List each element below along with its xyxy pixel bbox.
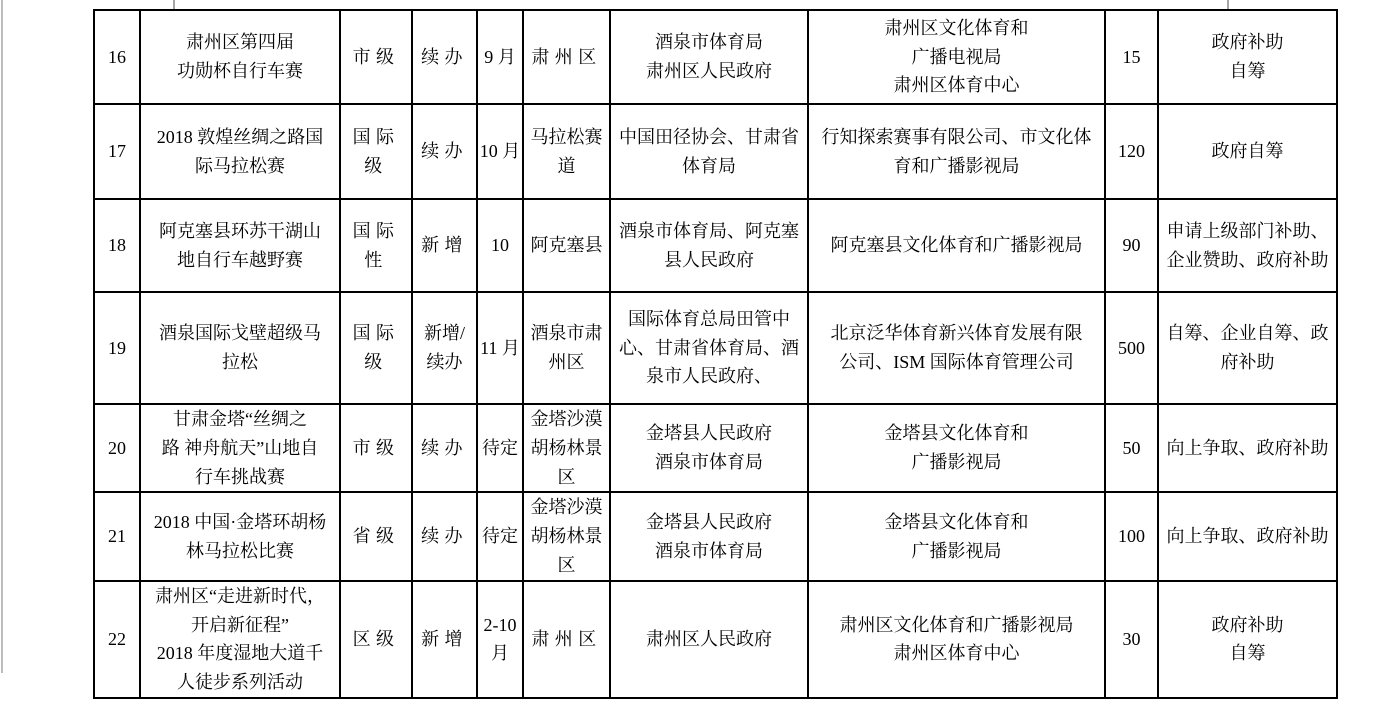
cell-venue: 肃州区 [523, 581, 610, 698]
cell-status: 新增 [412, 199, 477, 292]
table-row: 18 阿克塞县环苏干湖山 地自行车越野赛 国际性 新增 10 阿克塞县 酒泉市体… [94, 199, 1337, 292]
cell-month: 待定 [477, 492, 523, 580]
cell-undertaker-org: 肃州区文化体育和广播影视局 肃州区体育中心 [808, 581, 1105, 698]
table-row: 22 肃州区“走进新时代， 开启新征程” 2018 年度湿地大道千 人徒步系列活… [94, 581, 1337, 698]
cell-index: 19 [94, 292, 140, 404]
cell-host-org: 金塔县人民政府 酒泉市体育局 [610, 404, 808, 492]
cell-funding-source: 自筹、企业自筹、政 府补助 [1158, 292, 1337, 404]
cell-level: 市级 [340, 404, 412, 492]
cell-funding-source: 政府补助 自筹 [1158, 10, 1337, 104]
cell-undertaker-org: 阿克塞县文化体育和广播影视局 [808, 199, 1105, 292]
table-row: 19 酒泉国际戈壁超级马 拉松 国际级 新增/ 续办 11 月 酒泉市肃 州区 … [94, 292, 1337, 404]
table-row: 20 甘肃金塔“丝绸之 路 神舟航天”山地自 行车挑战赛 市级 续办 待定 金塔… [94, 404, 1337, 492]
page-edge-line [1, 0, 3, 673]
cell-status: 新增 [412, 581, 477, 698]
cell-status: 续办 [412, 104, 477, 199]
cell-event-name: 2018 中国·金塔环胡杨 林马拉松比赛 [140, 492, 340, 580]
cell-status: 续办 [412, 404, 477, 492]
table-row: 17 2018 敦煌丝绸之路国 际马拉松赛 国际级 续办 10 月 马拉松赛 道… [94, 104, 1337, 199]
cell-status: 新增/ 续办 [412, 292, 477, 404]
cell-funding-source: 政府自筹 [1158, 104, 1337, 199]
cell-budget: 15 [1105, 10, 1158, 104]
cell-event-name: 酒泉国际戈壁超级马 拉松 [140, 292, 340, 404]
cell-budget: 500 [1105, 292, 1158, 404]
events-table: 16 肃州区第四届 功勋杯自行车赛 市级 续办 9 月 肃州区 酒泉市体育局 肃… [93, 9, 1338, 699]
cell-budget: 30 [1105, 581, 1158, 698]
cell-host-org: 中国田径协会、甘肃省 体育局 [610, 104, 808, 199]
cell-undertaker-org: 金塔县文化体育和 广播影视局 [808, 404, 1105, 492]
cell-event-name: 肃州区第四届 功勋杯自行车赛 [140, 10, 340, 104]
cell-index: 22 [94, 581, 140, 698]
cell-index: 16 [94, 10, 140, 104]
cell-host-org: 酒泉市体育局、阿克塞 县人民政府 [610, 199, 808, 292]
cell-month: 9 月 [477, 10, 523, 104]
cell-event-name: 肃州区“走进新时代， 开启新征程” 2018 年度湿地大道千 人徒步系列活动 [140, 581, 340, 698]
grid-tick-left [173, 0, 175, 9]
cell-funding-source: 向上争取、政府补助 [1158, 404, 1337, 492]
cell-level: 省级 [340, 492, 412, 580]
cell-status: 续办 [412, 10, 477, 104]
cell-host-org: 酒泉市体育局 肃州区人民政府 [610, 10, 808, 104]
cell-funding-source: 向上争取、政府补助 [1158, 492, 1337, 580]
cell-level: 国际级 [340, 104, 412, 199]
cell-budget: 50 [1105, 404, 1158, 492]
cell-index: 17 [94, 104, 140, 199]
cell-index: 21 [94, 492, 140, 580]
cell-event-name: 阿克塞县环苏干湖山 地自行车越野赛 [140, 199, 340, 292]
cell-month: 11 月 [477, 292, 523, 404]
table-row: 16 肃州区第四届 功勋杯自行车赛 市级 续办 9 月 肃州区 酒泉市体育局 肃… [94, 10, 1337, 104]
cell-venue: 金塔沙漠 胡杨林景 区 [523, 492, 610, 580]
cell-budget: 120 [1105, 104, 1158, 199]
cell-undertaker-org: 行知探索赛事有限公司、市文化体 育和广播影视局 [808, 104, 1105, 199]
cell-index: 18 [94, 199, 140, 292]
cell-budget: 100 [1105, 492, 1158, 580]
cell-venue: 肃州区 [523, 10, 610, 104]
table-row: 21 2018 中国·金塔环胡杨 林马拉松比赛 省级 续办 待定 金塔沙漠 胡杨… [94, 492, 1337, 580]
cell-event-name: 甘肃金塔“丝绸之 路 神舟航天”山地自 行车挑战赛 [140, 404, 340, 492]
cell-host-org: 肃州区人民政府 [610, 581, 808, 698]
cell-venue: 酒泉市肃 州区 [523, 292, 610, 404]
cell-undertaker-org: 金塔县文化体育和 广播影视局 [808, 492, 1105, 580]
cell-level: 市级 [340, 10, 412, 104]
cell-month: 待定 [477, 404, 523, 492]
cell-month: 10 [477, 199, 523, 292]
cell-undertaker-org: 北京泛华体育新兴体育发展有限 公司、ISM 国际体育管理公司 [808, 292, 1105, 404]
cell-venue: 马拉松赛 道 [523, 104, 610, 199]
cell-venue: 阿克塞县 [523, 199, 610, 292]
cell-month: 2-10 月 [477, 581, 523, 698]
cell-level: 国际性 [340, 199, 412, 292]
cell-funding-source: 政府补助 自筹 [1158, 581, 1337, 698]
cell-level: 区级 [340, 581, 412, 698]
cell-funding-source: 申请上级部门补助、 企业赞助、政府补助 [1158, 199, 1337, 292]
cell-budget: 90 [1105, 199, 1158, 292]
cell-index: 20 [94, 404, 140, 492]
grid-tick-right [1227, 0, 1229, 9]
cell-level: 国际级 [340, 292, 412, 404]
cell-host-org: 金塔县人民政府 酒泉市体育局 [610, 492, 808, 580]
cell-status: 续办 [412, 492, 477, 580]
cell-event-name: 2018 敦煌丝绸之路国 际马拉松赛 [140, 104, 340, 199]
cell-month: 10 月 [477, 104, 523, 199]
cell-venue: 金塔沙漠 胡杨林景 区 [523, 404, 610, 492]
cell-host-org: 国际体育总局田管中 心、甘肃省体育局、酒 泉市人民政府、 [610, 292, 808, 404]
cell-undertaker-org: 肃州区文化体育和 广播电视局 肃州区体育中心 [808, 10, 1105, 104]
document-page: 16 肃州区第四届 功勋杯自行车赛 市级 续办 9 月 肃州区 酒泉市体育局 肃… [0, 0, 1398, 706]
